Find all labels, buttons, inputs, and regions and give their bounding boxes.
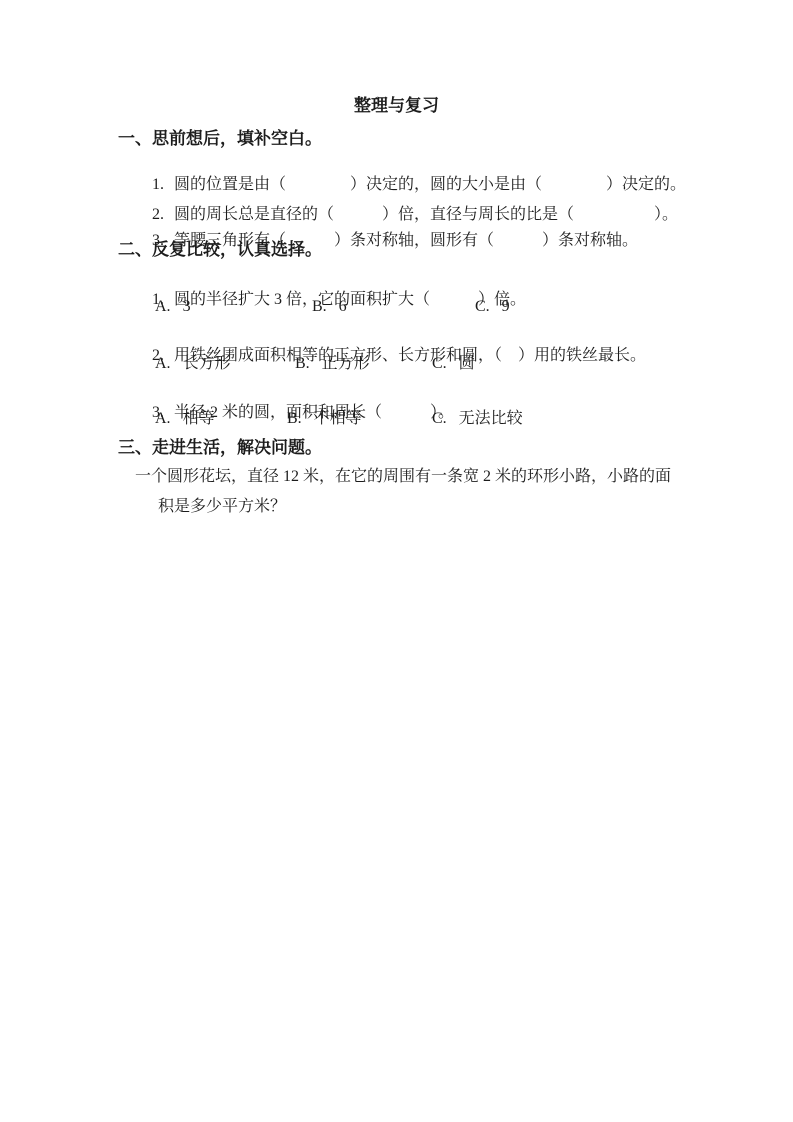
choice-question-1-options: A.3 B.6 C.9 [0, 297, 793, 317]
option-text: 相等 [183, 410, 215, 427]
option-a: A.长方形 [155, 354, 231, 374]
section-heading-fill-blanks: 一、思前想后，填补空白。 [118, 129, 322, 149]
option-label: B. [287, 410, 302, 427]
section-heading-multiple-choice: 二、反复比较，认真选择。 [118, 240, 322, 260]
option-text: 6 [339, 298, 347, 315]
option-text: 圆 [459, 355, 475, 372]
option-text: 长方形 [183, 355, 231, 372]
option-b: B.6 [312, 297, 347, 317]
option-c: C.9 [475, 297, 510, 317]
option-text: 3 [183, 298, 191, 315]
word-problem-line-1: 一个圆形花坛，直径 12 米，在它的周围有一条宽 2 米的环形小路，小路的面 [135, 467, 671, 487]
choice-question-3-options: A.相等 B.不相等 C.无法比较 [0, 409, 793, 429]
section-heading-word-problem: 三、走进生活，解决问题。 [118, 438, 322, 458]
option-label: C. [475, 298, 490, 315]
option-c: C.圆 [432, 354, 475, 374]
choice-question-2-options: A.长方形 B.正方形 C.圆 [0, 354, 793, 374]
option-c: C.无法比较 [432, 409, 523, 429]
option-text: 无法比较 [459, 410, 523, 427]
option-a: A.3 [155, 297, 191, 317]
worksheet-page: 整理与复习 一、思前想后，填补空白。 1.圆的位置是由（ ）决定的，圆的大小是由… [0, 0, 793, 1122]
option-label: B. [295, 355, 310, 372]
option-label: B. [312, 298, 327, 315]
option-label: A. [155, 298, 171, 315]
option-b: B.正方形 [295, 354, 370, 374]
option-label: A. [155, 355, 171, 372]
option-b: B.不相等 [287, 409, 362, 429]
option-label: C. [432, 355, 447, 372]
option-label: C. [432, 410, 447, 427]
option-a: A.相等 [155, 409, 215, 429]
option-text: 正方形 [322, 355, 370, 372]
word-problem-line-2: 积是多少平方米？ [158, 497, 286, 517]
option-text: 9 [502, 298, 510, 315]
worksheet-title: 整理与复习 [0, 94, 793, 118]
option-label: A. [155, 410, 171, 427]
option-text: 不相等 [314, 410, 362, 427]
